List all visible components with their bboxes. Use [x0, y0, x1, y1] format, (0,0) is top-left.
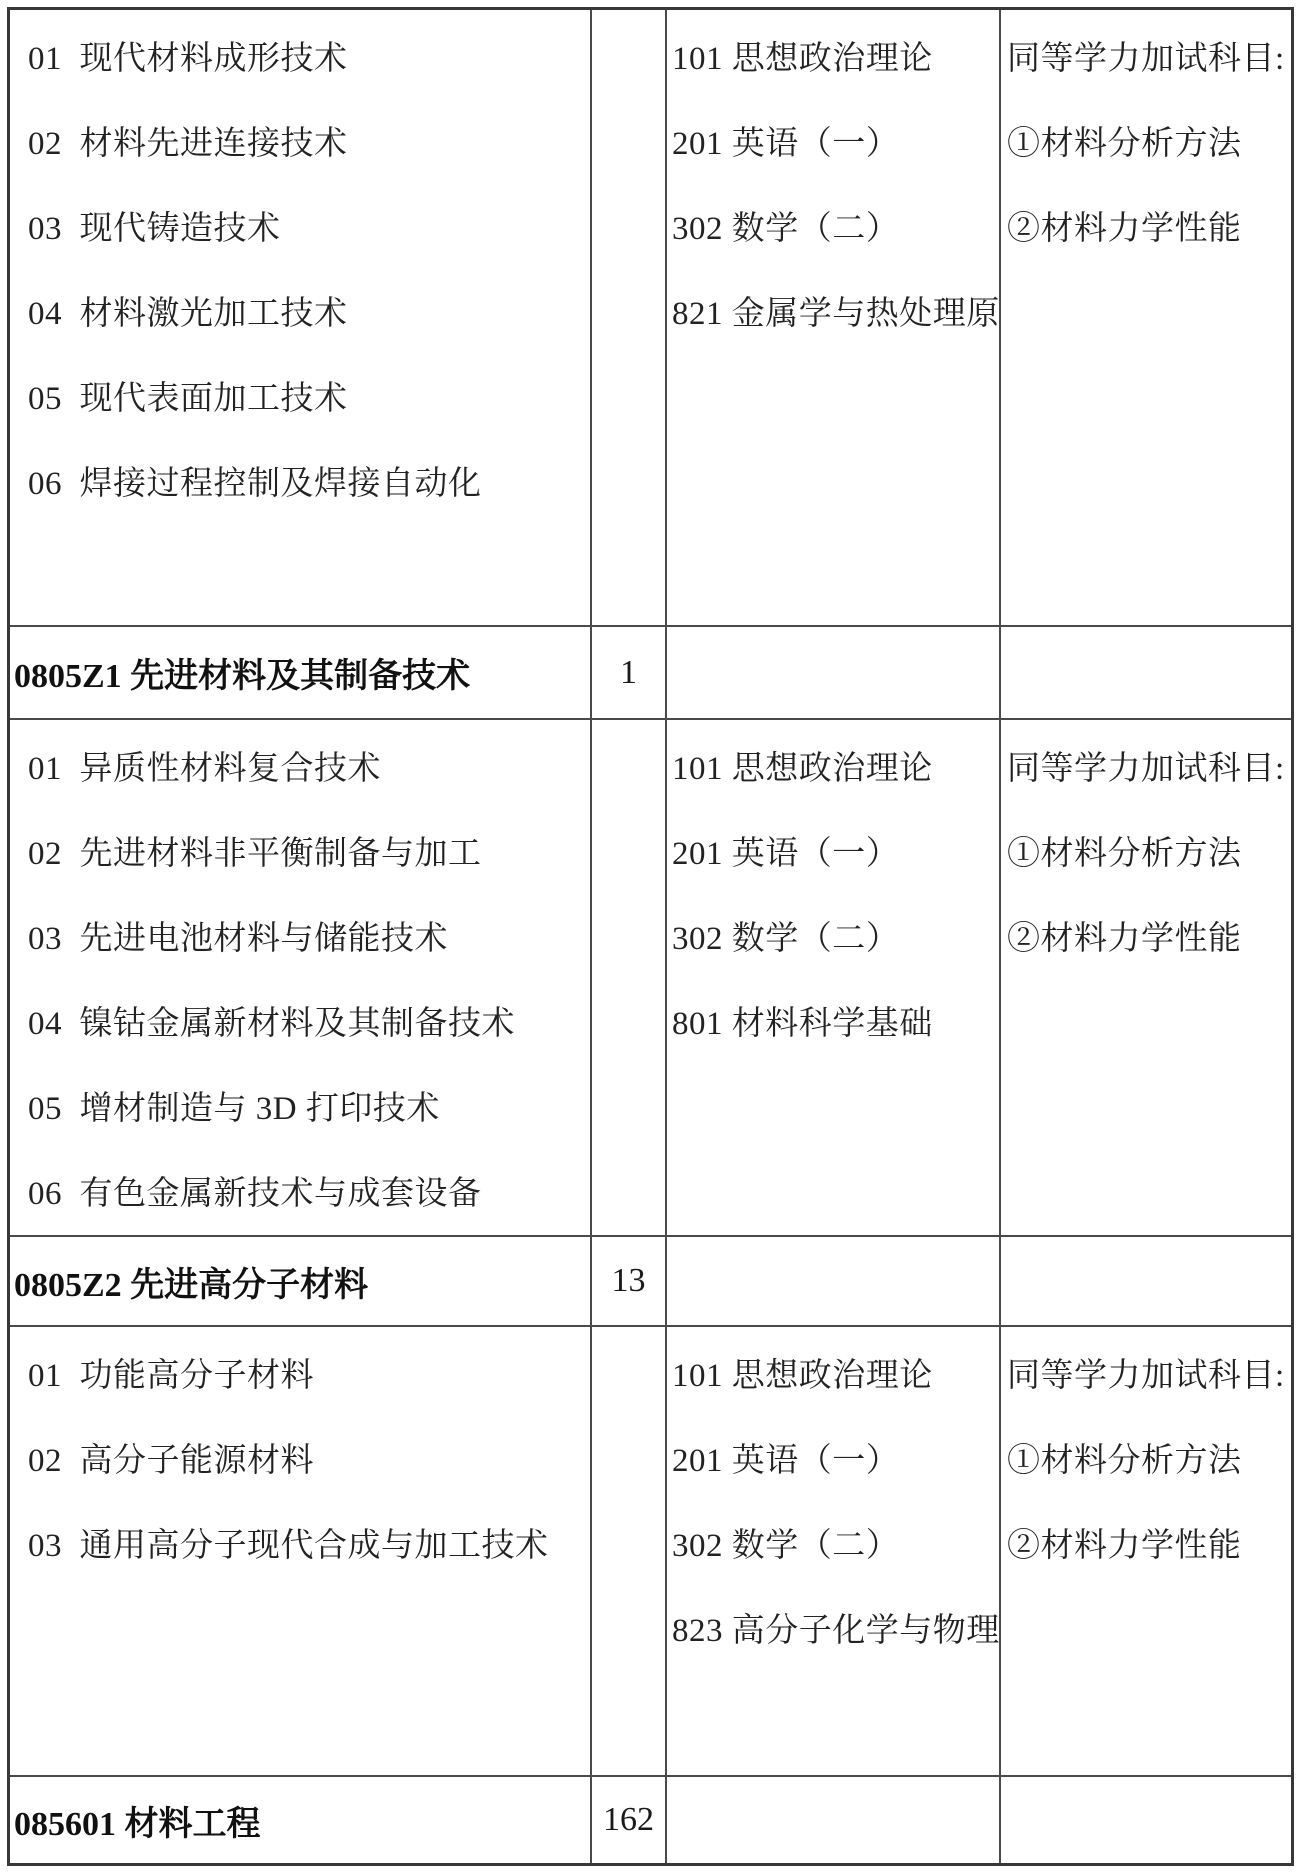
exam-subject: 201 英语（一）	[672, 1415, 999, 1500]
research-direction: 01 现代材料成形技术	[28, 13, 590, 98]
research-direction: 03 先进电池材料与储能技术	[28, 893, 590, 978]
exam-subject: 302 数学（二）	[672, 893, 999, 978]
exam-subject: 101 思想政治理论	[672, 723, 999, 808]
research-direction: 04 镍钴金属新材料及其制备技术	[28, 978, 590, 1063]
additional-test-item: ①材料分析方法	[1007, 1415, 1291, 1500]
quota-cell: 162	[592, 1777, 667, 1863]
program-title: 0805Z1 先进材料及其制备技术	[14, 648, 470, 697]
research-direction: 01 异质性材料复合技术	[28, 723, 590, 808]
quota-cell: 13	[592, 1237, 667, 1327]
research-direction: 02 先进材料非平衡制备与加工	[28, 808, 590, 893]
quota-cell	[592, 720, 667, 1237]
quota-cell	[592, 1327, 667, 1777]
research-direction: 01 功能高分子材料	[28, 1330, 590, 1415]
admissions-table: 01 现代材料成形技术 02 材料先进连接技术 03 现代铸造技术 04 材料激…	[7, 7, 1294, 1866]
research-direction: 02 材料先进连接技术	[28, 98, 590, 183]
exam-subject: 302 数学（二）	[672, 183, 999, 268]
research-direction: 02 高分子能源材料	[28, 1415, 590, 1500]
additional-test-item: ①材料分析方法	[1007, 808, 1291, 893]
exam-subject: 801 材料科学基础	[672, 978, 999, 1063]
program-title-cell: 085601 材料工程	[10, 1777, 592, 1863]
research-direction: 06 有色金属新技术与成套设备	[28, 1148, 590, 1233]
exam-subjects-cell: 101 思想政治理论 201 英语（一） 302 数学（二） 801 材料科学基…	[667, 720, 1001, 1237]
exam-subjects-cell	[667, 627, 1001, 720]
program-title-cell: 0805Z1 先进材料及其制备技术	[10, 627, 592, 720]
quota-cell: 1	[592, 627, 667, 720]
additional-tests-cell: 同等学力加试科目: ①材料分析方法 ②材料力学性能	[1001, 1327, 1291, 1777]
additional-test-item: 同等学力加试科目:	[1007, 1330, 1291, 1415]
exam-subject: 101 思想政治理论	[672, 1330, 999, 1415]
research-direction: 04 材料激光加工技术	[28, 268, 590, 353]
additional-test-item: ②材料力学性能	[1007, 893, 1291, 978]
directions-cell: 01 现代材料成形技术 02 材料先进连接技术 03 现代铸造技术 04 材料激…	[10, 10, 592, 627]
directions-cell: 01 功能高分子材料 02 高分子能源材料 03 通用高分子现代合成与加工技术	[10, 1327, 592, 1777]
research-direction: 03 现代铸造技术	[28, 183, 590, 268]
additional-tests-cell: 同等学力加试科目: ①材料分析方法 ②材料力学性能	[1001, 720, 1291, 1237]
research-direction: 03 通用高分子现代合成与加工技术	[28, 1500, 590, 1585]
scanned-admissions-table-page: 01 现代材料成形技术 02 材料先进连接技术 03 现代铸造技术 04 材料激…	[0, 0, 1300, 1874]
additional-test-item: ②材料力学性能	[1007, 183, 1291, 268]
additional-tests-cell	[1001, 627, 1291, 720]
exam-subject: 201 英语（一）	[672, 98, 999, 183]
program-quota: 13	[612, 1262, 646, 1300]
exam-subject: 201 英语（一）	[672, 808, 999, 893]
program-quota: 162	[603, 1801, 654, 1839]
additional-tests-cell: 同等学力加试科目: ①材料分析方法 ②材料力学性能	[1001, 10, 1291, 627]
program-title: 0805Z2 先进高分子材料	[14, 1257, 368, 1306]
exam-subjects-cell	[667, 1777, 1001, 1863]
exam-subject: 101 思想政治理论	[672, 13, 999, 98]
exam-subjects-cell: 101 思想政治理论 201 英语（一） 302 数学（二） 823 高分子化学…	[667, 1327, 1001, 1777]
additional-test-item: ②材料力学性能	[1007, 1500, 1291, 1585]
directions-cell: 01 异质性材料复合技术 02 先进材料非平衡制备与加工 03 先进电池材料与储…	[10, 720, 592, 1237]
program-quota: 1	[620, 654, 637, 692]
exam-subject: 821 金属学与热处理原理	[672, 268, 999, 353]
additional-test-item: ①材料分析方法	[1007, 98, 1291, 183]
program-title: 085601 材料工程	[14, 1796, 261, 1845]
research-direction: 06 焊接过程控制及焊接自动化	[28, 438, 590, 523]
additional-test-item: 同等学力加试科目:	[1007, 723, 1291, 808]
additional-tests-cell	[1001, 1237, 1291, 1327]
quota-cell	[592, 10, 667, 627]
program-title-cell: 0805Z2 先进高分子材料	[10, 1237, 592, 1327]
additional-tests-cell	[1001, 1777, 1291, 1863]
exam-subject: 823 高分子化学与物理	[672, 1585, 999, 1670]
additional-test-item: 同等学力加试科目:	[1007, 13, 1291, 98]
exam-subject: 302 数学（二）	[672, 1500, 999, 1585]
exam-subjects-cell: 101 思想政治理论 201 英语（一） 302 数学（二） 821 金属学与热…	[667, 10, 1001, 627]
research-direction: 05 现代表面加工技术	[28, 353, 590, 438]
research-direction: 05 增材制造与 3D 打印技术	[28, 1063, 590, 1148]
exam-subjects-cell	[667, 1237, 1001, 1327]
